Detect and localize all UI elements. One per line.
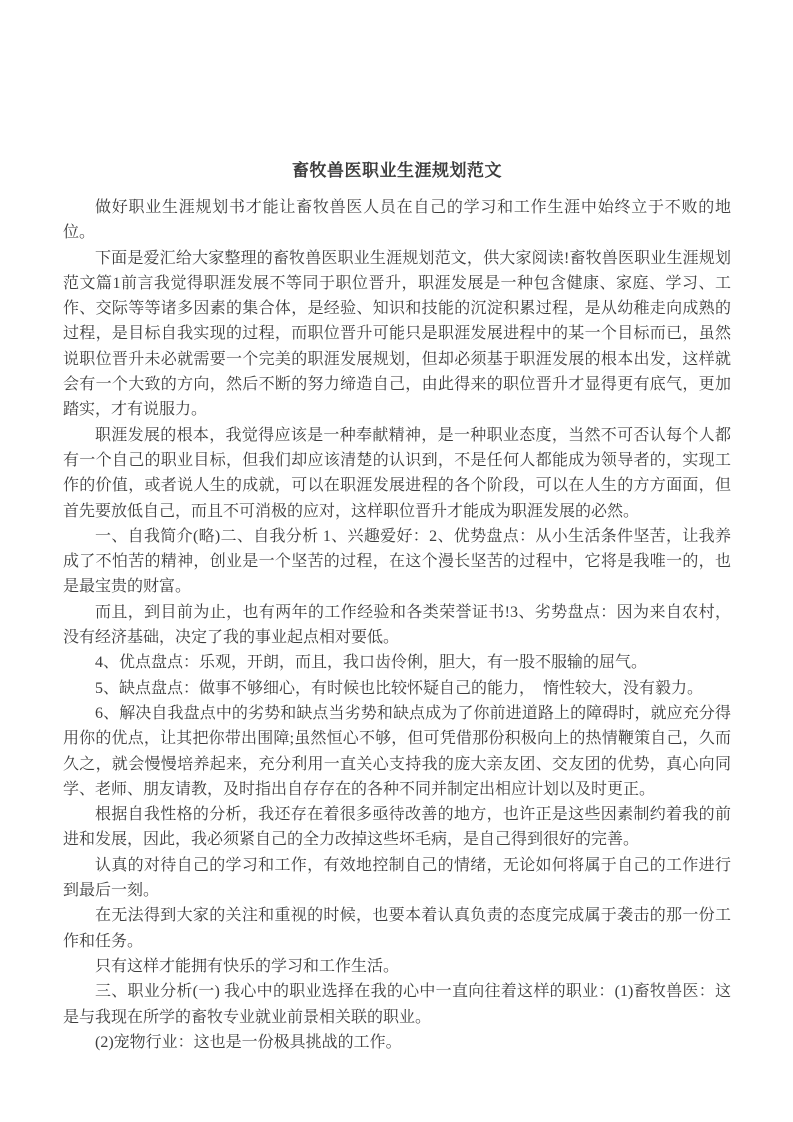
paragraph: (2)宠物行业：这也是一份极具挑战的工作。: [63, 1030, 731, 1055]
document-body: 做好职业生涯规划书才能让畜牧兽医人员在自己的学习和工作生涯中始终立于不败的地位。…: [63, 195, 731, 1055]
paragraph: 在无法得到大家的关注和重视的时候，也要本着认真负责的态度完成属于袭击的那一份工作…: [63, 903, 731, 954]
paragraph: 做好职业生涯规划书才能让畜牧兽医人员在自己的学习和工作生涯中始终立于不败的地位。: [63, 195, 731, 246]
paragraph: 三、职业分析(一) 我心中的职业选择在我的心中一直向往着这样的职业：(1)畜牧兽…: [63, 979, 731, 1030]
paragraph: 认真的对待自己的学习和工作，有效地控制自己的情绪，无论如何将属于自己的工作进行到…: [63, 853, 731, 904]
paragraph: 下面是爱汇给大家整理的畜牧兽医职业生涯规划范文，供大家阅读!畜牧兽医职业生涯规划…: [63, 246, 731, 423]
paragraph: 6、解决自我盘点中的劣势和缺点当劣势和缺点成为了你前进道路上的障碍时，就应充分得…: [63, 701, 731, 802]
document-page: 畜牧兽医职业生涯规划范文 做好职业生涯规划书才能让畜牧兽医人员在自己的学习和工作…: [0, 0, 793, 1122]
paragraph: 职涯发展的根本，我觉得应该是一种奉献精神，是一种职业态度，当然不可否认每个人都有…: [63, 423, 731, 524]
document-title: 畜牧兽医职业生涯规划范文: [63, 158, 731, 183]
paragraph: 根据自我性格的分析，我还存在着很多亟待改善的地方，也许正是这些因素制约着我的前进…: [63, 802, 731, 853]
paragraph: 一、自我简介(略)二、自我分析 1、兴趣爱好：2、优势盘点：从小生活条件坚苦，让…: [63, 524, 731, 600]
paragraph: 只有这样才能拥有快乐的学习和工作生活。: [63, 954, 731, 979]
paragraph: 而且，到目前为止，也有两年的工作经验和各类荣誉证书!3、劣势盘点：因为来自农村，…: [63, 600, 731, 651]
paragraph: 4、优点盘点：乐观，开朗，而且，我口齿伶俐，胆大，有一股不服输的屈气。: [63, 650, 731, 675]
paragraph: 5、缺点盘点：做事不够细心，有时候也比较怀疑自己的能力， 惰性较大，没有毅力。: [63, 676, 731, 701]
